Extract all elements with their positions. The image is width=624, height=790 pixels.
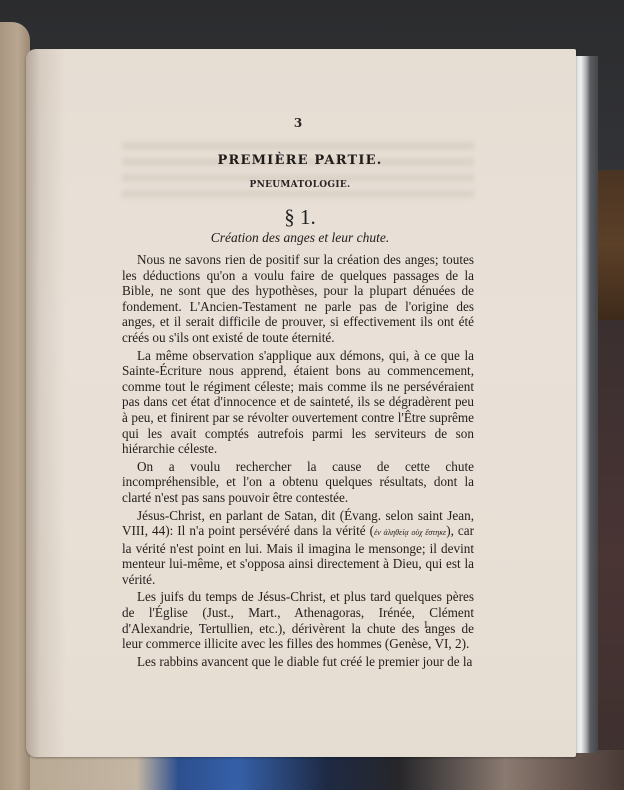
part-subtitle: PNEUMATOLOGIE. — [150, 180, 450, 190]
page-number: 3 — [291, 116, 305, 130]
background-desk — [596, 170, 624, 320]
paragraph: Les rabbins avancent que le diable fut c… — [122, 654, 474, 670]
paragraph: Jésus-Christ, en parlant de Satan, dit (… — [122, 508, 474, 588]
body-text: Nous ne savons rien de positif sur la cr… — [122, 252, 474, 671]
bleed-through — [122, 190, 474, 198]
paragraph: La même observation s'applique aux démon… — [122, 348, 474, 457]
greek-quote: ἐν ἀληθείᾳ οὐχ ἕστηκε — [374, 528, 446, 537]
paragraph: On a voulu rechercher la cause de cette … — [122, 459, 474, 506]
section-title: Création des anges et leur chute. — [120, 230, 480, 246]
paragraph: Les juifs du temps de Jésus-Christ, et p… — [122, 589, 474, 651]
paragraph: Nous ne savons rien de positif sur la cr… — [122, 252, 474, 346]
section-number: § 1. — [150, 205, 450, 230]
part-title: PREMIÈRE PARTIE. — [150, 153, 450, 168]
signature-mark: 1. — [423, 619, 431, 631]
bleed-through — [122, 142, 474, 150]
